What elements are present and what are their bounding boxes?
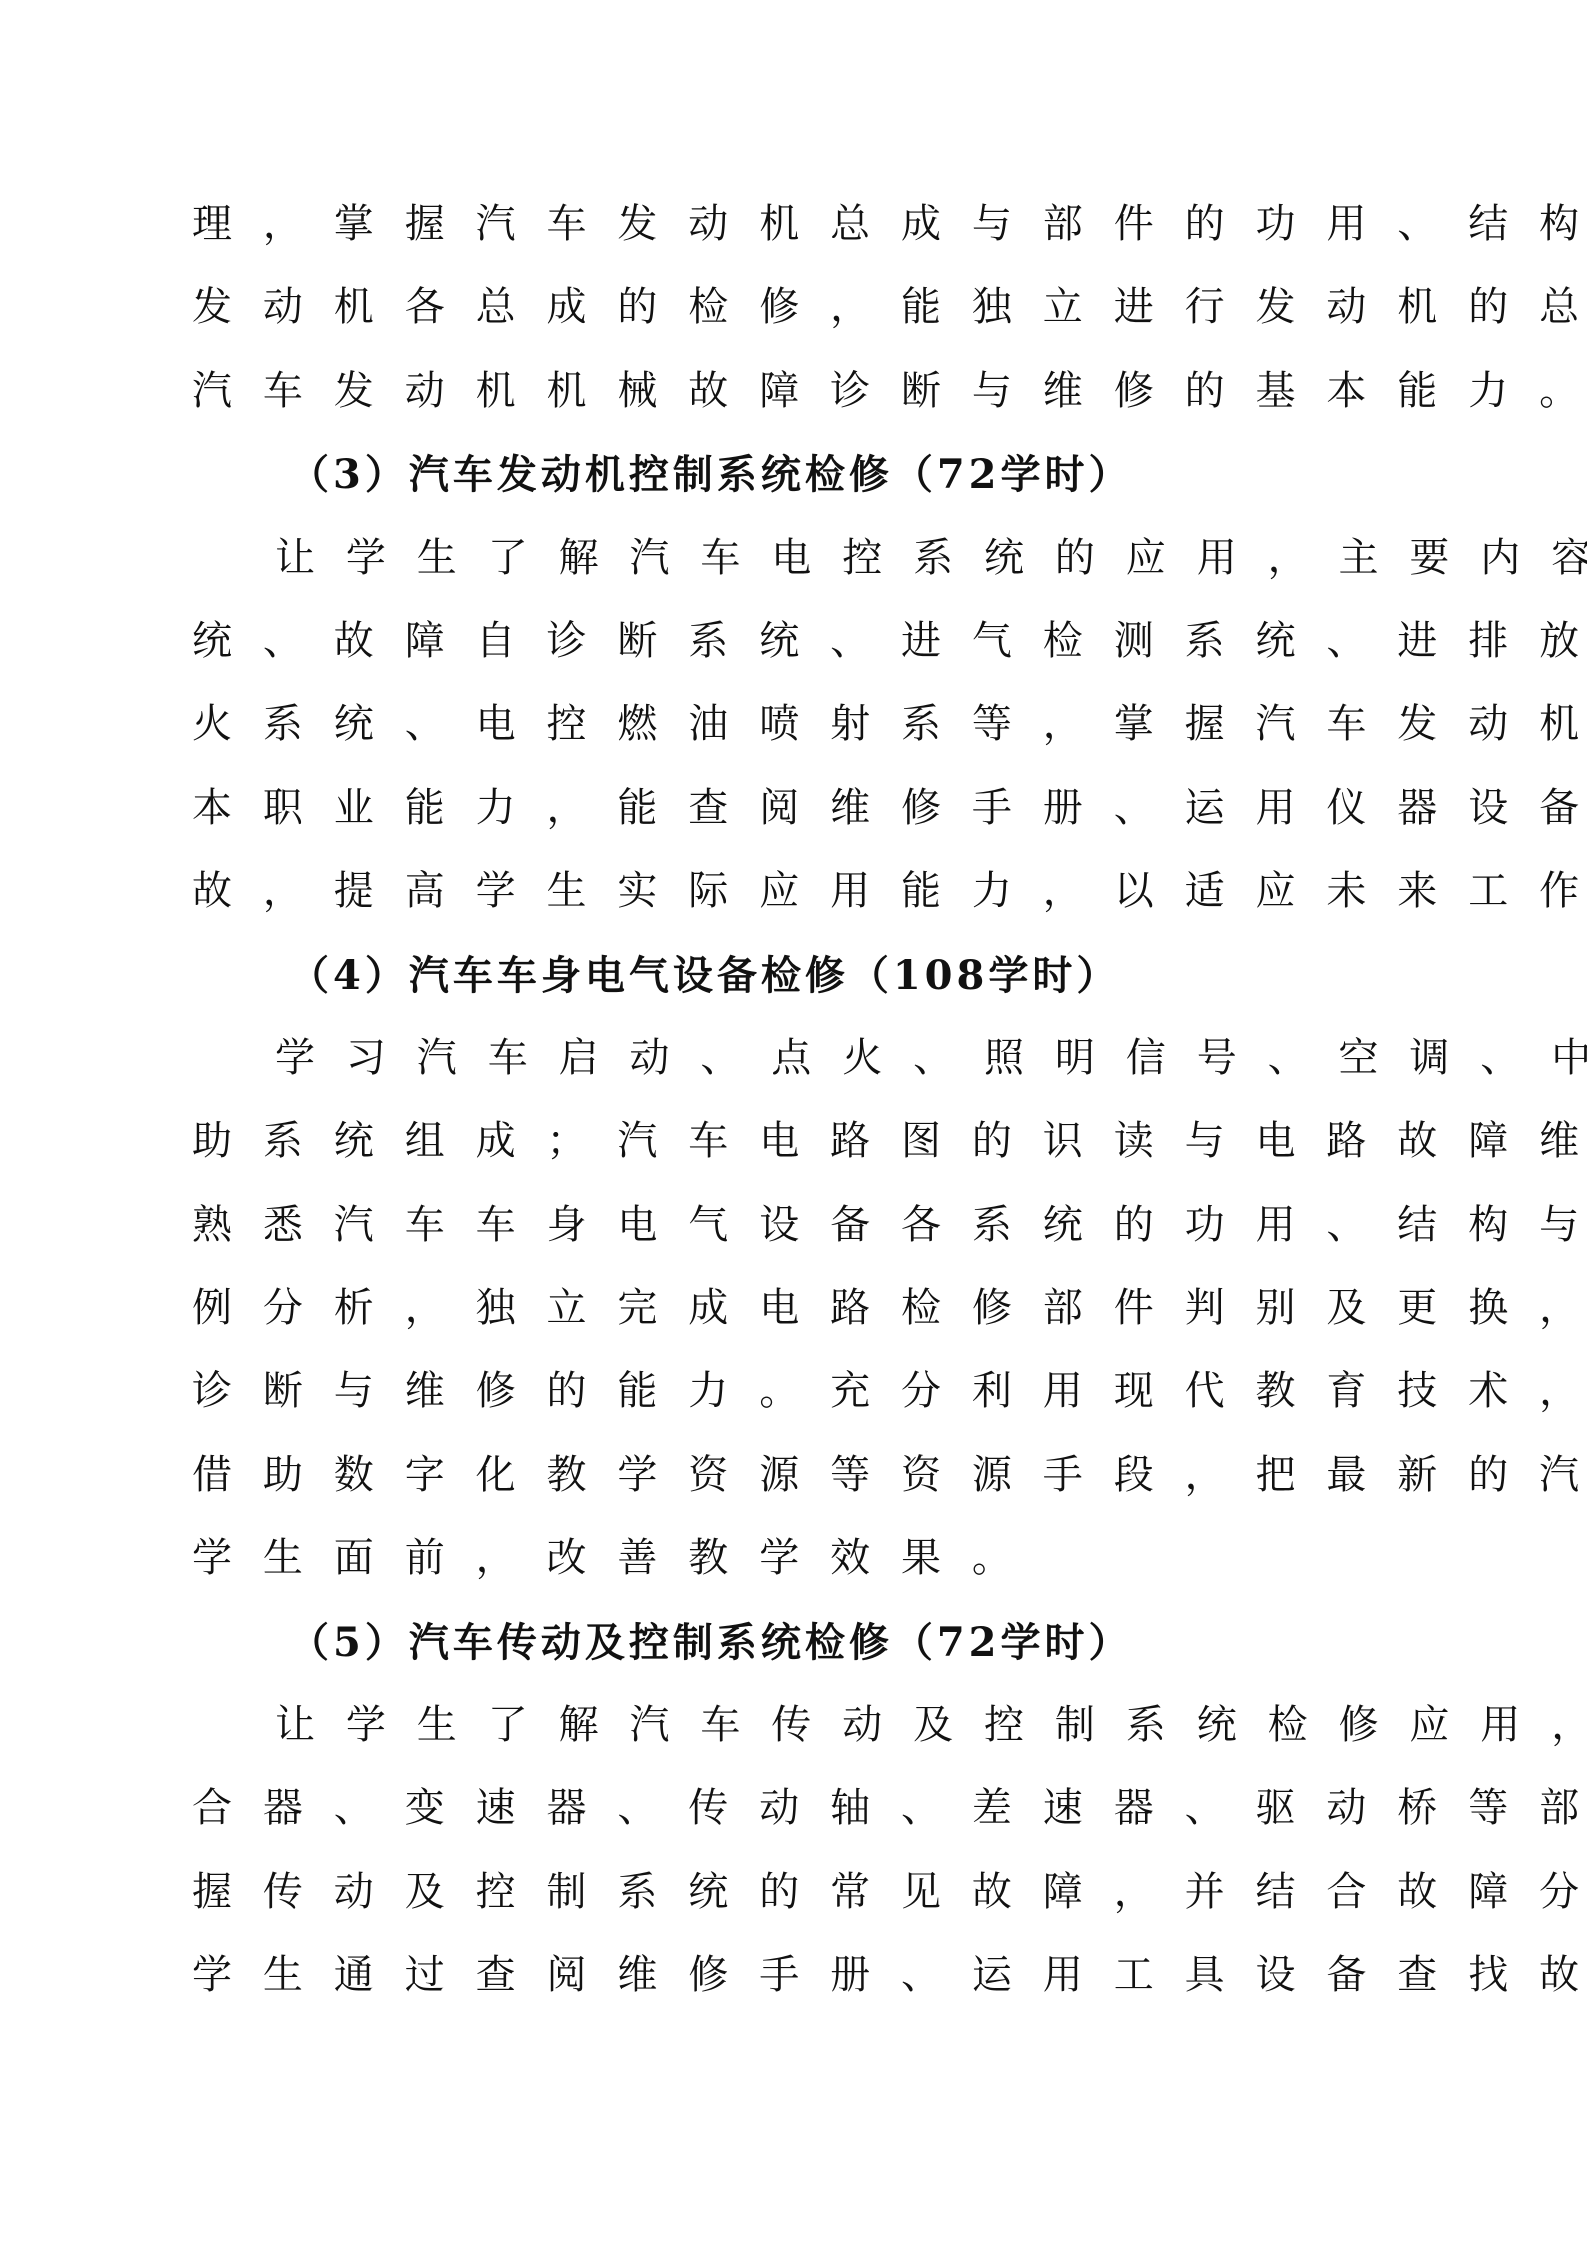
paragraph-line: 握传动及控制系统的常见故障，并结合故障分析可能故障原因，	[192, 1851, 1398, 1934]
paragraph-line: 火系统、电控燃油喷射系等，掌握汽车发动机电控系统维修的基	[192, 683, 1398, 766]
section-body-electrical-equipment: （4）汽车车身电气设备检修（108学时） 学习汽车启动、点火、照明信号、空调、中…	[192, 934, 1398, 1601]
paragraph-line: 熟悉汽车车身电气设备各系统的功用、结构与原理，通过简单案	[192, 1184, 1398, 1267]
paragraph-line: 学生通过查阅维修手册、运用工具设备查找故障并进行检测、故	[192, 1934, 1398, 2017]
section-heading: （4）汽车车身电气设备检修（108学时）	[192, 934, 1398, 1017]
section-heading: （3）汽车发动机控制系统检修（72学时）	[192, 433, 1398, 516]
paragraph-line: 让学生了解汽车传动及控制系统检修应用，主要内容包括离	[192, 1684, 1398, 1767]
paragraph-line: 理，掌握汽车发动机总成与部件的功用、结构与原理，掌握汽车	[192, 183, 1398, 266]
section-transmission-control-system: （5）汽车传动及控制系统检修（72学时） 让学生了解汽车传动及控制系统检修应用，…	[192, 1601, 1398, 2018]
paragraph-line: 例分析，独立完成电路检修部件判别及更换，具有汽车电器故障	[192, 1267, 1398, 1350]
paragraph-line: 学习汽车启动、点火、照明信号、空调、中控门锁及其他辅	[192, 1017, 1398, 1100]
paragraph-line: 统、故障自诊断系统、进气检测系统、进排放控制系统、电控点	[192, 600, 1398, 683]
paragraph-line: 借助数字化教学资源等资源手段，把最新的汽车维修资料展现在	[192, 1434, 1398, 1517]
paragraph-line: 发动机各总成的检修，能独立进行发动机的总成件的更换，具有	[192, 266, 1398, 349]
paragraph-line: 助系统组成；汽车电路图的识读与电路故障维修等知识，使学生	[192, 1100, 1398, 1183]
document-page: 理，掌握汽车发动机总成与部件的功用、结构与原理，掌握汽车 发动机各总成的检修，能…	[192, 183, 1398, 2018]
paragraph-line: 诊断与维修的能力。充分利用现代教育技术，配合实物教学设备，	[192, 1350, 1398, 1433]
paragraph-line: 学生面前，改善教学效果。	[192, 1517, 1398, 1600]
section-engine-control-system: （3）汽车发动机控制系统检修（72学时） 让学生了解汽车电控系统的应用，主要内容…	[192, 433, 1398, 933]
section-heading: （5）汽车传动及控制系统检修（72学时）	[192, 1601, 1398, 1684]
paragraph-line: 本职业能力，能查阅维修手册、运用仪器设备查找故障并检修排	[192, 767, 1398, 850]
paragraph-line: 汽车发动机机械故障诊断与维修的基本能力。	[192, 350, 1398, 433]
continuation-paragraph: 理，掌握汽车发动机总成与部件的功用、结构与原理，掌握汽车 发动机各总成的检修，能…	[192, 183, 1398, 433]
paragraph-line: 故，提高学生实际应用能力，以适应未来工作岗位需求。	[192, 850, 1398, 933]
paragraph-line: 合器、变速器、传动轴、差速器、驱动桥等部件的维护检修，掌	[192, 1767, 1398, 1850]
paragraph-line: 让学生了解汽车电控系统的应用，主要内容包括电子控制系	[192, 517, 1398, 600]
